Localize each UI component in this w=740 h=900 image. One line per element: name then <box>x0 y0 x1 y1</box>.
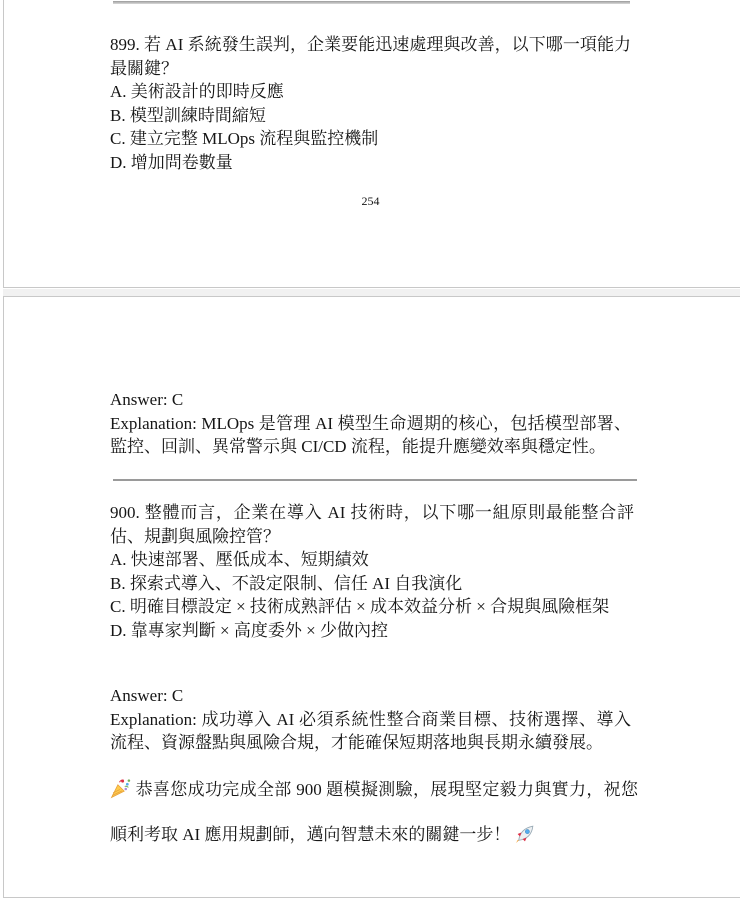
answer-899-block: Answer: C Explanation: MLOps 是管理 AI 模型生命… <box>110 388 631 459</box>
explanation-900-text: Explanation: 成功導入 AI 必須系統性整合商業目標、技術選擇、導入… <box>110 708 631 755</box>
question-900-option-d: D. 靠專家判斷 × 高度委外 × 少做內控 <box>110 619 634 643</box>
question-900-option-c: C. 明確目標設定 × 技術成熟評估 × 成本效益分析 × 合規與風險框架 <box>110 595 634 619</box>
question-899-option-b: B. 模型訓練時間縮短 <box>110 104 631 128</box>
question-900-option-a: A. 快速部署、壓低成本、短期績效 <box>110 548 634 572</box>
question-899-block: 899. 若 AI 系統發生誤判，企業要能迅速處理與改善，以下哪一項能力最關鍵？… <box>110 33 631 174</box>
question-899-option-a: A. 美術設計的即時反應 <box>110 80 631 104</box>
rocket-icon <box>515 816 536 837</box>
party-popper-icon <box>110 771 131 792</box>
answer-900-line: Answer: C <box>110 684 631 708</box>
answer-899-line: Answer: C <box>110 388 631 412</box>
explanation-899-text: Explanation: MLOps 是管理 AI 模型生命週期的核心，包括模型… <box>110 412 631 459</box>
answer-900-block: Answer: C Explanation: 成功導入 AI 必須系統性整合商業… <box>110 684 631 755</box>
question-900-text: 900. 整體而言，企業在導入 AI 技術時，以下哪一組原則最能整合評估、規劃與… <box>110 501 634 548</box>
truncated-table-bottom-border <box>113 1 630 4</box>
question-900-option-b: B. 探索式導入、不設定限制、信任 AI 自我演化 <box>110 572 634 596</box>
question-899-option-d: D. 增加問卷數量 <box>110 151 631 175</box>
section-divider <box>113 479 637 481</box>
page-number: 254 <box>110 194 631 208</box>
question-899-option-c: C. 建立完整 MLOps 流程與監控機制 <box>110 127 631 151</box>
question-899-text: 899. 若 AI 系統發生誤判，企業要能迅速處理與改善，以下哪一項能力最關鍵？ <box>110 33 631 80</box>
question-900-block: 900. 整體而言，企業在導入 AI 技術時，以下哪一組原則最能整合評估、規劃與… <box>110 501 634 642</box>
closing-message: 恭喜您成功完成全部 900 題模擬測驗，展現堅定毅力與實力，祝您順利考取 AI … <box>110 767 638 857</box>
page-break-gap <box>3 289 740 296</box>
closing-text: 恭喜您成功完成全部 900 題模擬測驗，展現堅定毅力與實力，祝您順利考取 AI … <box>110 780 638 844</box>
